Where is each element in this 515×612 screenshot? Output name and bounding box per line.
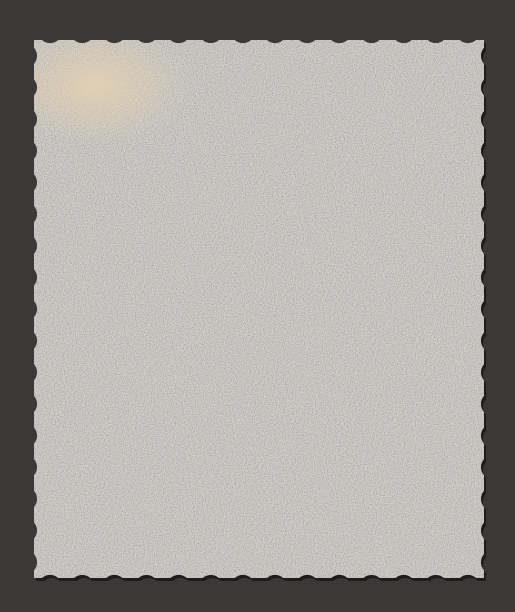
stamp-back [0,0,515,612]
age-stain [0,25,190,145]
photo-scene [0,0,515,612]
